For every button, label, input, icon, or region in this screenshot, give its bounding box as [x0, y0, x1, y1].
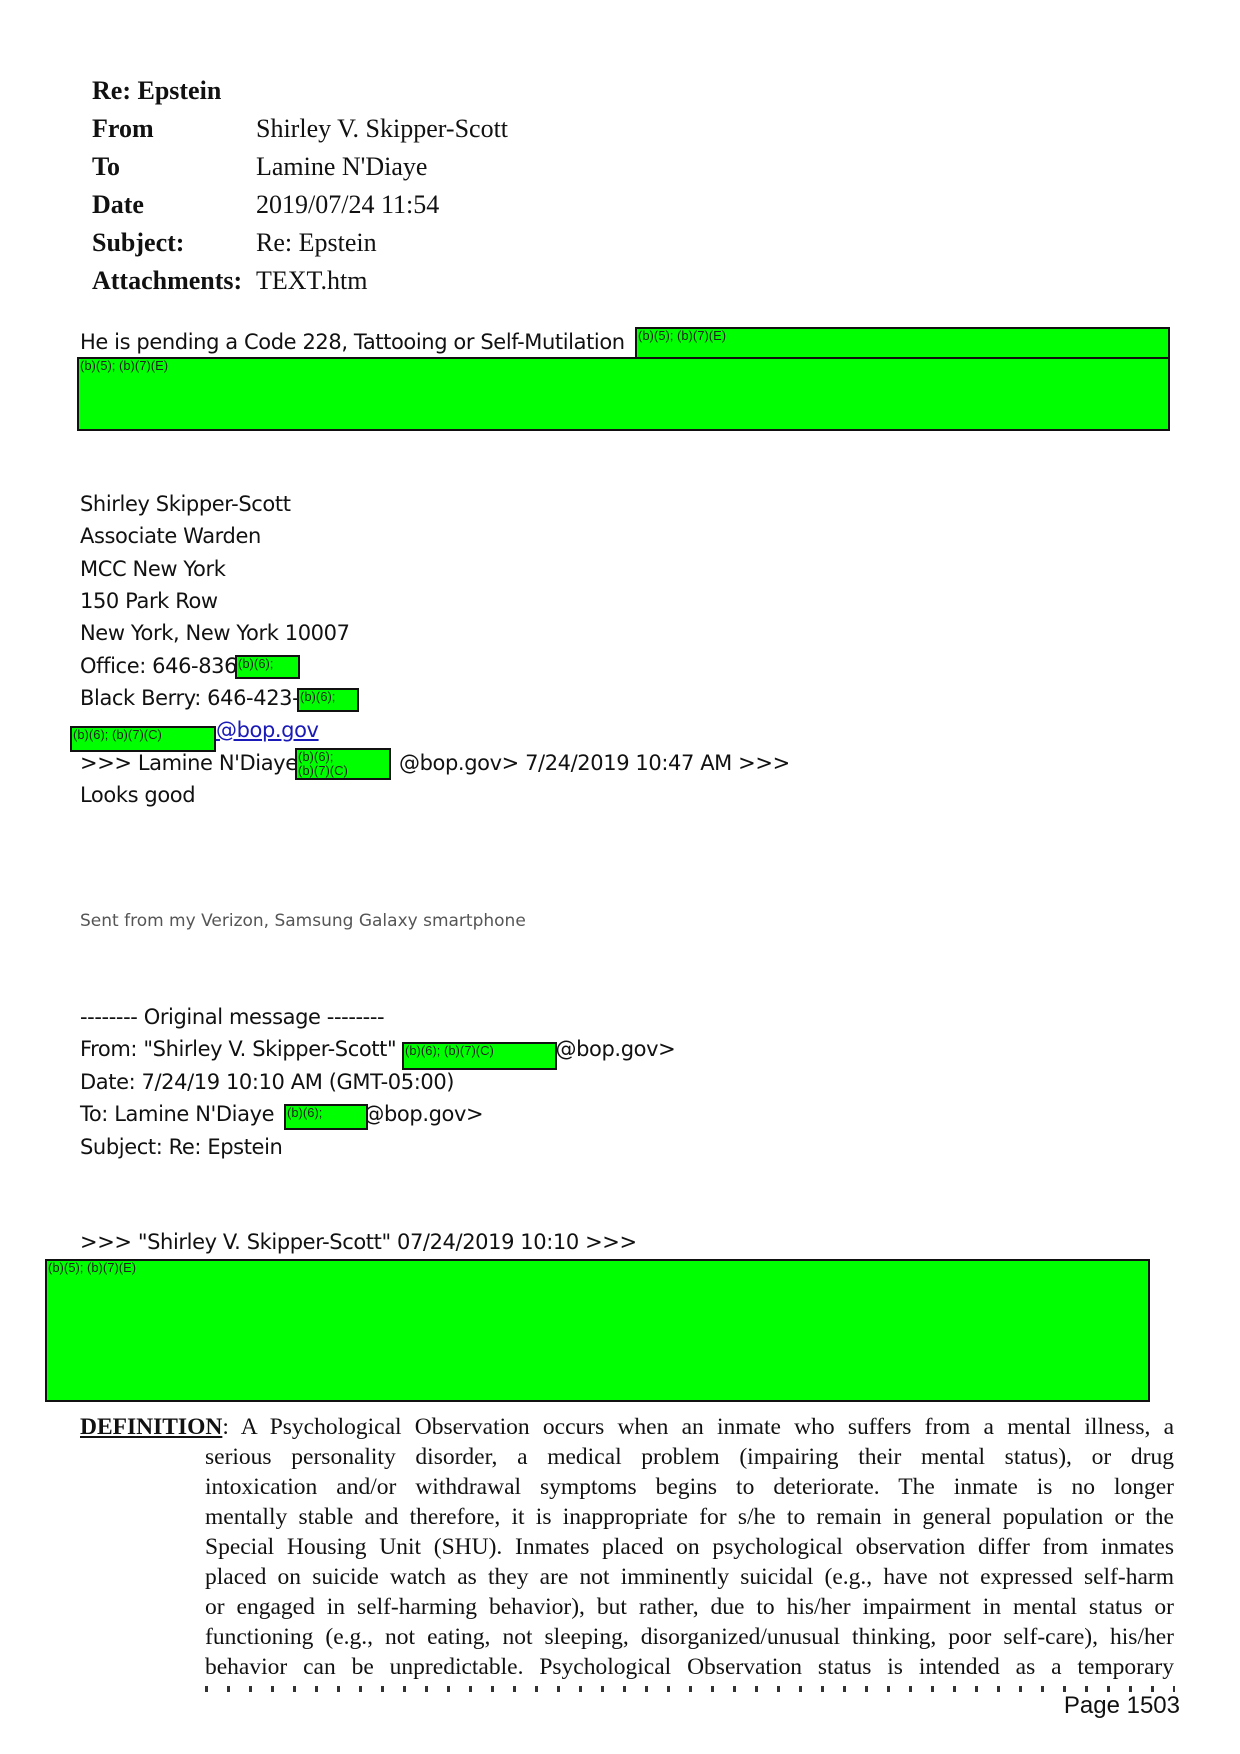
definition-line: functioning (e.g., not eating, not sleep… — [205, 1622, 1174, 1652]
pending-line: He is pending a Code 228, Tattooing or S… — [80, 330, 625, 354]
email-title: Re: Epstein — [92, 76, 221, 106]
from-label: From — [92, 114, 154, 144]
redaction-box: (b)(6); (b)(7)(C) — [402, 1042, 557, 1070]
redaction-label: (b)(6); — [238, 657, 273, 671]
original-subject: Subject: Re: Epstein — [80, 1135, 282, 1159]
date-label: Date — [92, 190, 144, 220]
definition-first-line-text: : A Psychological Observation occurs whe… — [222, 1414, 1174, 1440]
redaction-box: (b)(5); (b)(7)(E) — [45, 1259, 1150, 1402]
original-from: From: "Shirley V. Skipper-Scott" @bop.go… — [80, 1037, 675, 1061]
original-from-prefix: From: "Shirley V. Skipper-Scott" — [80, 1037, 403, 1061]
subject-label: Subject: — [92, 228, 184, 258]
date-value: 2019/07/24 11:54 — [256, 190, 439, 220]
redaction-box: (b)(6); — [297, 688, 359, 712]
definition-body: serious personality disorder, a medical … — [205, 1442, 1174, 1682]
redaction-label: (b)(6); (b)(7)(C) — [73, 728, 162, 742]
to-label: To — [92, 152, 120, 182]
redaction-box: (b)(6); (b)(7)(C) — [70, 726, 216, 752]
redaction-box: (b)(6);(b)(7)(C) — [295, 748, 391, 780]
redaction-label: (b)(5); (b)(7)(E) — [80, 359, 168, 373]
reply-quote-header: >>> Lamine N'Diaye @bop.gov> 7/24/2019 1… — [80, 751, 790, 775]
original-from-suffix: @bop.gov> — [556, 1037, 676, 1061]
definition-line: behavior can be unpredictable. Psycholog… — [205, 1652, 1174, 1682]
definition-line: or engaged in self-harming behavior), bu… — [205, 1592, 1174, 1622]
definition-line: Special Housing Unit (SHU). Inmates plac… — [205, 1532, 1174, 1562]
signature-title: Associate Warden — [80, 524, 261, 548]
subject-value: Re: Epstein — [256, 228, 377, 258]
redaction-label: (b)(6); — [287, 1106, 322, 1120]
redaction-box: (b)(5); (b)(7)(E) — [77, 357, 1170, 431]
attachments-label: Attachments: — [92, 266, 242, 296]
signature-name: Shirley Skipper-Scott — [80, 492, 291, 516]
definition-line: serious personality disorder, a medical … — [205, 1442, 1174, 1472]
definition-paragraph: DEFINITION: A Psychological Observation … — [80, 1412, 1174, 1682]
original-message-divider: -------- Original message -------- — [80, 1005, 384, 1029]
signature-email-link[interactable]: @bop.gov — [216, 718, 319, 742]
definition-first-line: DEFINITION: A Psychological Observation … — [80, 1412, 1174, 1442]
redaction-box: (b)(6); — [235, 655, 300, 679]
to-value: Lamine N'Diaye — [256, 152, 427, 182]
reply-quote-suffix: @bop.gov> 7/24/2019 10:47 AM >>> — [399, 751, 790, 775]
sent-from-footer: Sent from my Verizon, Samsung Galaxy sma… — [80, 911, 526, 931]
signature-org: MCC New York — [80, 557, 225, 581]
attachments-value[interactable]: TEXT.htm — [256, 266, 367, 296]
redaction-label: (b)(5); (b)(7)(E) — [638, 329, 726, 343]
signature-street: 150 Park Row — [80, 589, 218, 613]
redaction-label: (b)(6); (b)(7)(C) — [405, 1044, 494, 1058]
definition-term: DEFINITION — [80, 1414, 222, 1440]
definition-line: placed on suicide watch as they are not … — [205, 1562, 1174, 1592]
from-value: Shirley V. Skipper-Scott — [256, 114, 508, 144]
cut-off-text-line — [205, 1686, 1175, 1692]
original-to: To: Lamine N'Diaye @bop.gov> — [80, 1102, 483, 1126]
signature-office-phone: Office: 646-836 — [80, 654, 237, 678]
reply-quote-prefix: >>> Lamine N'Diaye — [80, 751, 304, 775]
redaction-label: (b)(6);(b)(7)(C) — [298, 750, 348, 778]
original-to-prefix: To: Lamine N'Diaye — [80, 1102, 280, 1126]
redaction-box: (b)(5); (b)(7)(E) — [635, 327, 1170, 359]
signature-city: New York, New York 10007 — [80, 621, 350, 645]
redaction-label: (b)(6); — [300, 690, 335, 704]
redaction-box: (b)(6); — [284, 1104, 368, 1130]
definition-line: intoxication and/or withdrawal symptoms … — [205, 1472, 1174, 1502]
original-to-suffix: @bop.gov> — [363, 1102, 483, 1126]
page-number: Page 1503 — [1064, 1692, 1180, 1720]
quote-header: >>> "Shirley V. Skipper-Scott" 07/24/201… — [80, 1230, 637, 1254]
original-date: Date: 7/24/19 10:10 AM (GMT-05:00) — [80, 1070, 454, 1094]
definition-line: mentally stable and therefore, it is ina… — [205, 1502, 1174, 1532]
reply-message: Looks good — [80, 783, 195, 807]
signature-blackberry-phone: Black Berry: 646-423- — [80, 686, 299, 710]
redaction-label: (b)(5); (b)(7)(E) — [48, 1261, 136, 1275]
